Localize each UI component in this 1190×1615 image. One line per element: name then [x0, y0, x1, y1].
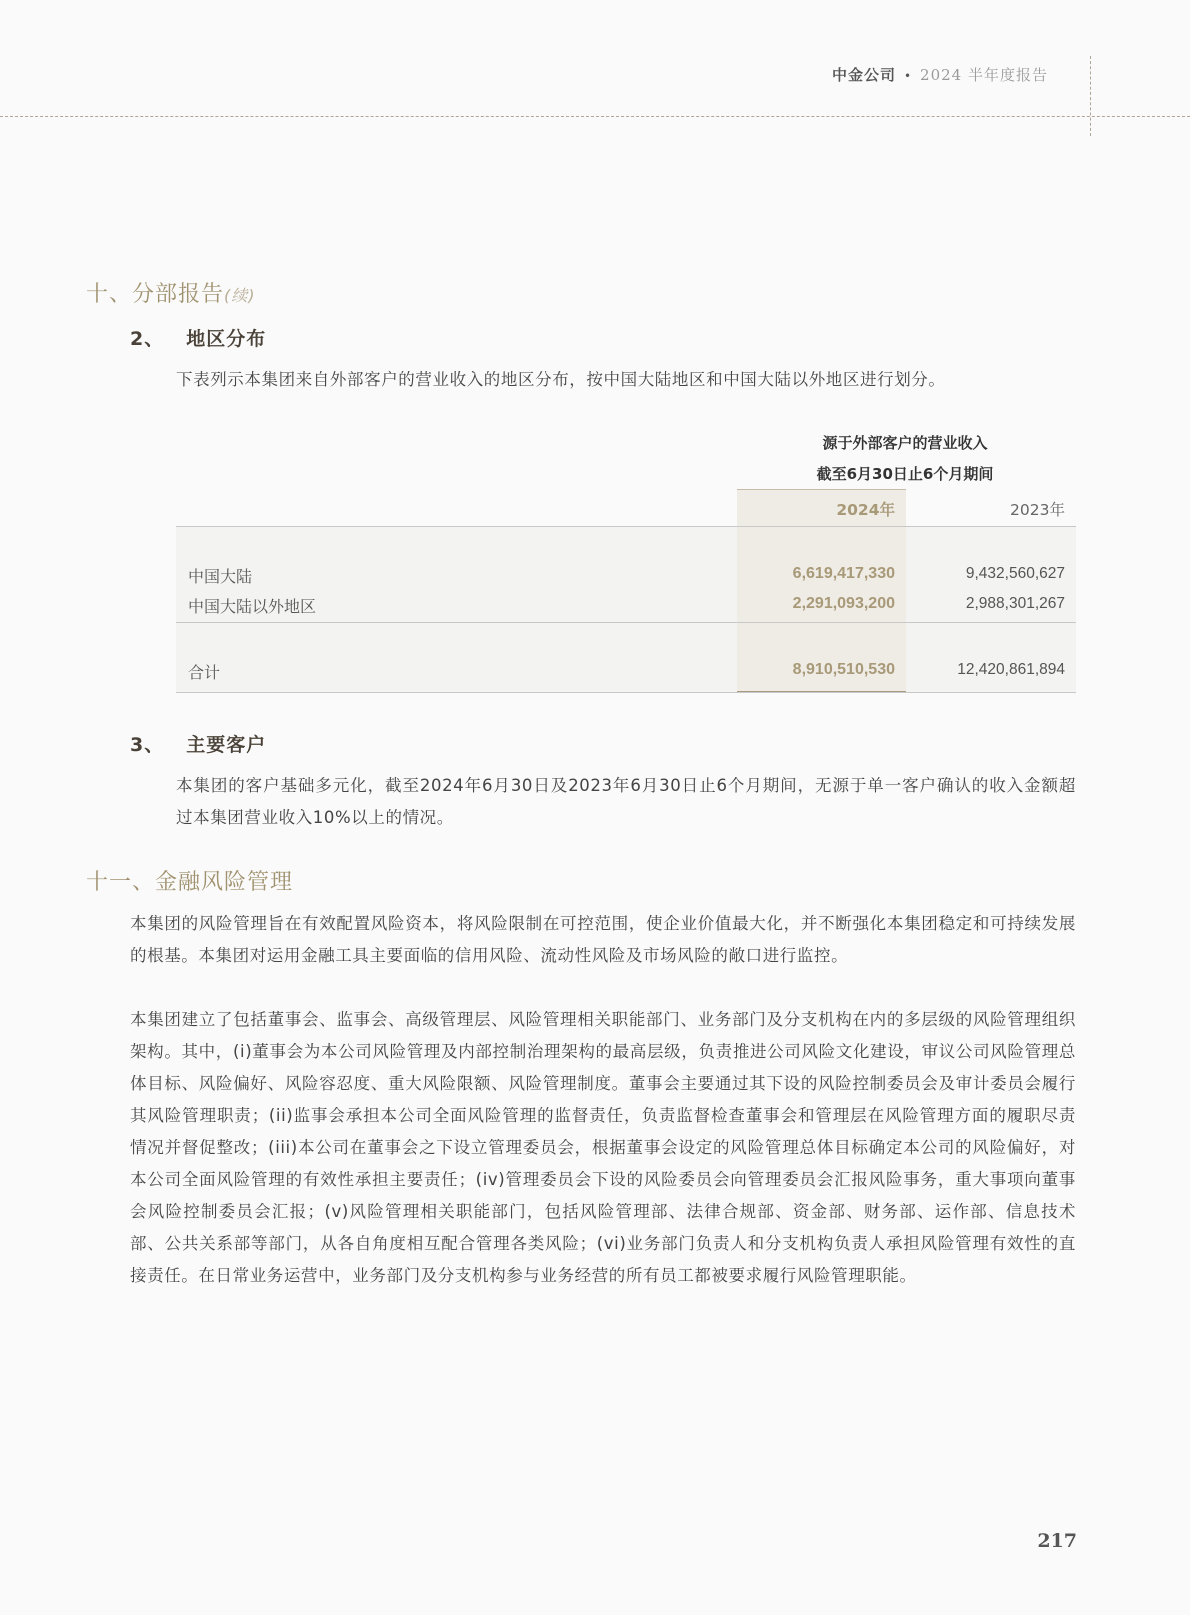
subsection-title-regional: 2、地区分布 [130, 324, 266, 351]
subsection-title-major-customers: 3、主要客户 [130, 730, 266, 757]
major-customers-paragraph: 本集团的客户基础多元化，截至2024年6月30日及2023年6月30日止6个月期… [176, 770, 1076, 834]
subsection-title-text: 地区分布 [186, 328, 266, 350]
table-caption-line2: 截至6月30日止6个月期间 [735, 459, 1075, 490]
page-number: 217 [1037, 1530, 1077, 1552]
risk-intro-paragraph: 本集团的风险管理旨在有效配置风险资本，将风险限制在可控范围，使企业价值最大化，并… [130, 908, 1076, 972]
table-total-2024: 8,910,510,530 [737, 661, 895, 679]
risk-structure-paragraph: 本集团建立了包括董事会、监事会、高级管理层、风险管理相关职能部门、业务部门及分支… [130, 1004, 1076, 1292]
section-title-text: 十、分部报告 [86, 282, 224, 307]
section-title-segment-report: 十、分部报告(续) [86, 277, 256, 308]
regional-intro-paragraph: 下表列示本集团来自外部客户的营业收入的地区分布，按中国大陆地区和中国大陆以外地区… [176, 364, 1076, 396]
section-title-financial-risk: 十一、金融风险管理 [86, 865, 293, 896]
header-separator: • [904, 69, 912, 83]
table-total-2023: 12,420,861,894 [906, 661, 1065, 679]
table-row-label: 中国大陆以外地区 [188, 594, 316, 617]
subsection-number: 3、 [130, 734, 164, 756]
header-dashed-vertical-rule [1090, 56, 1091, 136]
table-header-rule [176, 526, 1076, 527]
subsection-title-text: 主要客户 [186, 734, 266, 756]
header-dashed-rule [0, 116, 1190, 117]
table-cell-2023: 9,432,560,627 [906, 565, 1065, 583]
table-row-label: 中国大陆 [188, 564, 252, 587]
table-total-label: 合计 [188, 660, 220, 683]
column-header-2024: 2024年 [737, 498, 895, 520]
section-continued-label: (续) [224, 286, 256, 305]
header-company: 中金公司 [832, 66, 896, 84]
header-report-title: 2024 半年度报告 [920, 66, 1048, 84]
table-subtotal-rule [176, 622, 1076, 623]
running-header: 中金公司•2024 半年度报告 [832, 64, 1048, 85]
table-cell-2023: 2,988,301,267 [906, 595, 1065, 613]
table-cell-2024: 6,619,417,330 [737, 565, 895, 583]
table-bottom-rule [176, 692, 1076, 693]
table-cell-2024: 2,291,093,200 [737, 595, 895, 613]
table-caption-line1: 源于外部客户的营业收入 [735, 428, 1075, 459]
column-header-2023: 2023年 [906, 498, 1065, 520]
subsection-number: 2、 [130, 328, 164, 350]
